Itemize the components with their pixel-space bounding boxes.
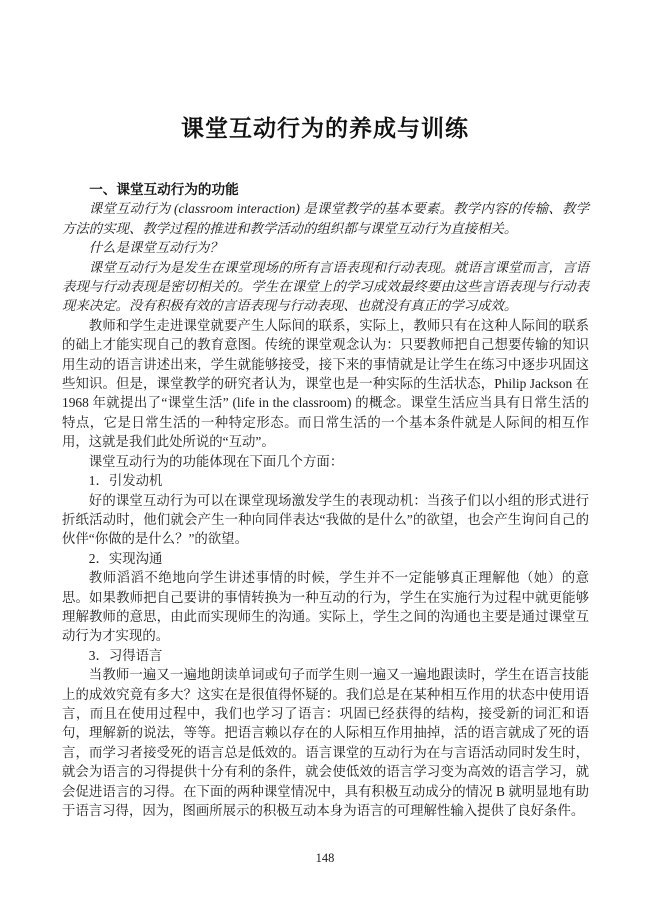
paragraph-definition: 课堂互动行为是发生在课堂现场的所有言语表现和行动表现。就语言课堂而言，言语表现与…: [62, 258, 589, 316]
document-body: 一、课堂互动行为的功能 课堂互动行为 (classroom interactio…: [62, 180, 589, 820]
section-heading: 一、课堂互动行为的功能: [62, 180, 589, 199]
page-number: 148: [0, 851, 650, 866]
paragraph-definition-intro: 课堂互动行为 (classroom interaction) 是课堂教学的基本要…: [62, 199, 589, 238]
subheading-motivation: 1．引发动机: [62, 471, 589, 490]
paragraph-communication: 教师滔滔不绝地向学生讲述事情的时候，学生并不一定能够真正理解他（她）的意思。如果…: [62, 568, 589, 646]
subheading-communication: 2．实现沟通: [62, 549, 589, 568]
document-page: 课堂互动行为的养成与训练 一、课堂互动行为的功能 课堂互动行为 (classro…: [0, 0, 650, 917]
paragraph-functions-lead-in: 课堂互动行为的功能体现在下面几个方面：: [62, 452, 589, 471]
paragraph-language-acquisition: 当教师一遍又一遍地朗读单词或句子而学生则一遍又一遍地跟读时，学生在语言技能上的成…: [62, 665, 589, 820]
page-title: 课堂互动行为的养成与训练: [0, 110, 650, 143]
paragraph-motivation: 好的课堂互动行为可以在课堂现场激发学生的表现动机：当孩子们以小组的形式进行折纸活…: [62, 491, 589, 549]
paragraph-question: 什么是课堂互动行为？: [62, 238, 589, 257]
subheading-language-acquisition: 3．习得语言: [62, 646, 589, 665]
paragraph-classroom-life: 教师和学生走进课堂就要产生人际间的联系，实际上，教师只有在这种人际间的联系的础上…: [62, 316, 589, 452]
